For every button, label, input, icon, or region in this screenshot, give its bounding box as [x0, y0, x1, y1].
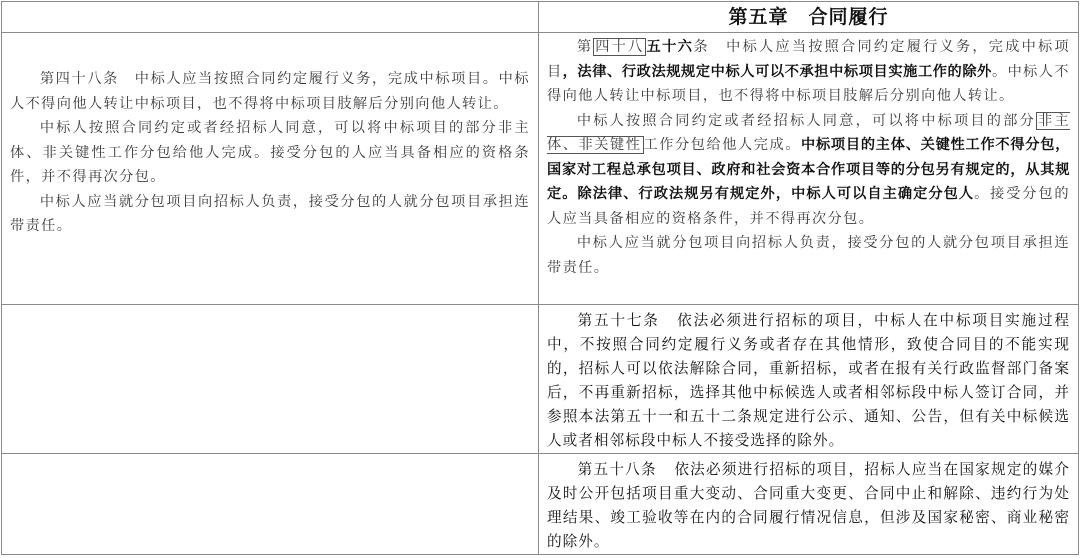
new-paragraph-1: 第四十八五十六条 中标人应当按照合同约定履行义务，完成中标项目，法律、行政法规规…	[547, 35, 1070, 109]
added-text: ，法律、行政法规规定中标人可以不承担中标项目实施工作的除外	[563, 64, 992, 80]
article-number: 第四十八条	[40, 71, 119, 87]
article-number: 第五十八条	[578, 461, 657, 478]
chapter-title: 第五章 合同履行	[547, 2, 1070, 32]
new-article-57-cell: 第五十七条依法必须进行招标的项目，中标人在中标项目实施过程中，不按照合同约定履行…	[539, 305, 1079, 454]
header-right-cell: 第五章 合同履行	[539, 2, 1079, 33]
article-number: 第五十七条	[578, 312, 660, 329]
table-row: 第五十八条依法必须进行招标的项目，招标人应当在国家规定的媒介及时公开包括项目重大…	[2, 454, 1079, 555]
comparison-table: 第五章 合同履行 第四十八条 中标人应当按照合同约定履行义务，完成中标项目。中标…	[1, 1, 1079, 555]
old-paragraph-2: 中标人按照合同约定或者经招标人同意，可以将中标项目的部分非主体、非关键性工作分包…	[10, 116, 530, 190]
added-text: 五十六	[646, 39, 693, 55]
deleted-text: 四十八	[593, 38, 646, 56]
old-article-48-cell: 第四十八条 中标人应当按照合同约定履行义务，完成中标项目。中标人不得向他人转让中…	[2, 33, 539, 305]
old-paragraph-1: 第四十八条 中标人应当按照合同约定履行义务，完成中标项目。中标人不得向他人转让中…	[10, 67, 530, 116]
empty-left-cell	[2, 305, 539, 454]
header-left-cell	[2, 2, 539, 33]
header-row: 第五章 合同履行	[2, 2, 1079, 33]
table-row: 第四十八条 中标人应当按照合同约定履行义务，完成中标项目。中标人不得向他人转让中…	[2, 33, 1079, 305]
new-paragraph-3: 中标人应当就分包项目向招标人负责，接受分包的人就分包项目承担连带责任。	[547, 231, 1070, 280]
table-row: 第五十七条依法必须进行招标的项目，中标人在中标项目实施过程中，不按照合同约定履行…	[2, 305, 1079, 454]
old-paragraph-3: 中标人应当就分包项目向招标人负责，接受分包的人就分包项目承担连带责任。	[10, 190, 530, 239]
new-paragraph-2: 中标人按照合同约定或者经招标人同意，可以将中标项目的部分非主体、非关键性工作分包…	[547, 109, 1070, 232]
new-article-56-cell: 第四十八五十六条 中标人应当按照合同约定履行义务，完成中标项目，法律、行政法规规…	[539, 33, 1079, 305]
empty-left-cell	[2, 454, 539, 555]
new-article-58-cell: 第五十八条依法必须进行招标的项目，招标人应当在国家规定的媒介及时公开包括项目重大…	[539, 454, 1079, 555]
